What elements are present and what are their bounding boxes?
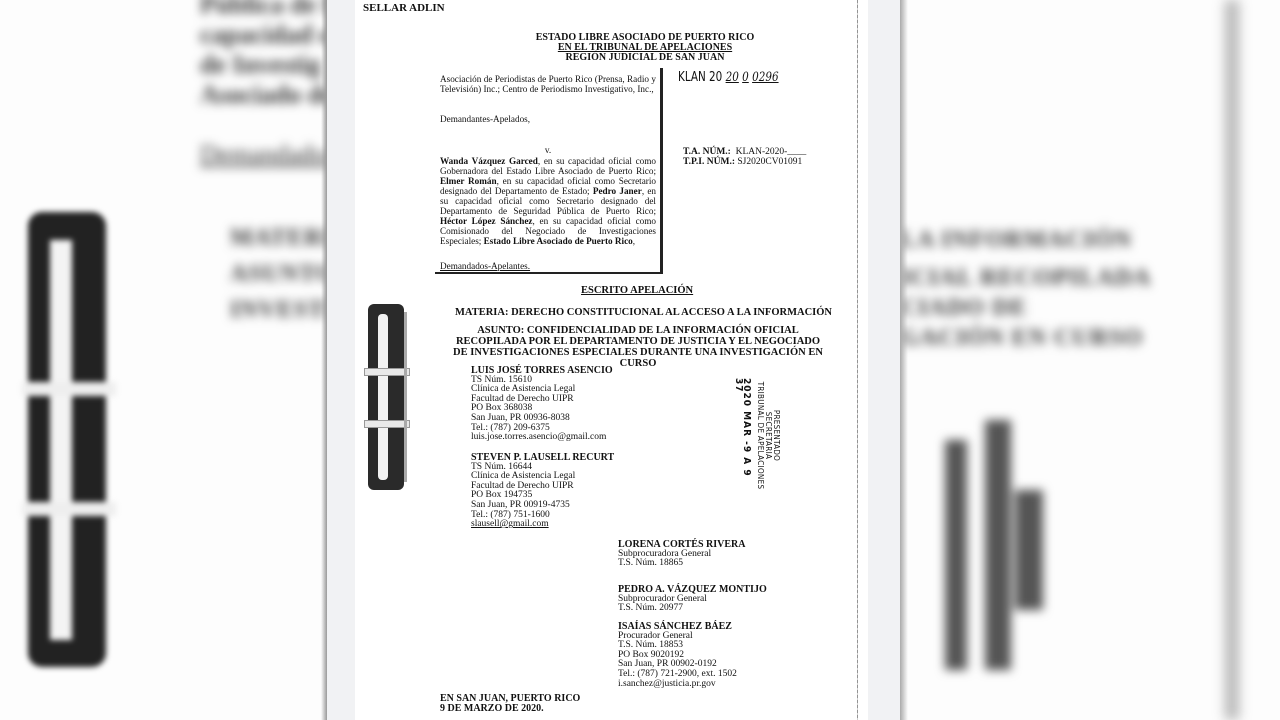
document-title: ESCRITO APELACIÓN xyxy=(581,285,693,296)
counsel-block: STEVEN P. LAUSELL RECURT TS Núm. 16644 C… xyxy=(471,453,614,530)
handwritten-part: 0296 xyxy=(752,70,778,85)
page-edge-line xyxy=(857,0,858,720)
handwritten-part: 20 xyxy=(726,70,739,85)
defendant-name: Pedro Janer xyxy=(593,186,642,196)
defendant-name: Estado Libre Asociado de Puerto Rico xyxy=(484,236,633,246)
filing-stamp: PRESENTADO SECRETARIA TRIBUNAL DE APELAC… xyxy=(735,378,780,493)
defendant-name: Elmer Román xyxy=(440,176,497,186)
background-text-left: Pública de P capacidad o de Investig Aso… xyxy=(200,0,339,170)
counsel-line: T.S. Núm. 18865 xyxy=(618,559,745,569)
case-caption: Asociación de Periodistas de Puerto Rico… xyxy=(435,68,663,274)
ta-label: T.A. NÚM.: xyxy=(683,147,731,157)
counsel-email[interactable]: slausell@gmail.com xyxy=(471,520,614,530)
asunto: ASUNTO: CONFIDENCIALIDAD DE LA INFORMACI… xyxy=(448,325,828,369)
stamp-line: SECRETARIA xyxy=(764,378,772,493)
left-gutter xyxy=(327,0,355,720)
counsel-block: LORENA CORTÉS RIVERA Subprocuradora Gene… xyxy=(618,540,745,569)
bg-line: de Investig xyxy=(200,50,339,80)
materia: MATERIA: DERECHO CONSTITUCIONAL AL ACCES… xyxy=(455,307,832,318)
stamp-line: PRESENTADO xyxy=(772,378,780,493)
background-page-edge xyxy=(1225,0,1239,720)
bg-line: Asociado de xyxy=(200,80,339,110)
counsel-email[interactable]: i.sanchez@justicia.pr.gov xyxy=(618,680,737,690)
closing-date: 9 DE MARZO DE 2020. xyxy=(440,704,580,714)
defendants-role: Demandados-Apelantes. xyxy=(440,261,656,271)
counsel-block: LUIS JOSÉ TORRES ASENCIO TS Núm. 15610 C… xyxy=(471,366,613,443)
versus: v. xyxy=(440,145,656,155)
bg-line: CIADO DE xyxy=(900,293,1151,323)
case-numbers: T.A. NÚM.: KLAN-2020-____ T.P.I. NÚM.: S… xyxy=(683,147,806,167)
printed-prefix: KLAN 20 xyxy=(678,70,722,85)
handwritten-part: 0 xyxy=(742,70,749,85)
bg-line: Demandados xyxy=(200,140,339,170)
background-stamp-blur xyxy=(930,400,1070,670)
counsel-line: T.S. Núm. 20977 xyxy=(618,604,767,614)
background-text-right-mid: LA INFORMACIÓN ICIAL RECOPILADA CIADO DE… xyxy=(900,225,1151,353)
plaintiffs: Asociación de Periodistas de Puerto Rico… xyxy=(440,74,656,94)
defendant-name: Wanda Vázquez Garced xyxy=(440,156,538,166)
closing: EN SAN JUAN, PUERTO RICO 9 DE MARZO DE 2… xyxy=(440,694,580,714)
bg-line: GACIÓN EN CURSO xyxy=(900,323,1151,353)
counsel-email[interactable]: luis.jose.torres.asencio@gmail.com xyxy=(471,433,613,443)
ta-number: T.A. NÚM.: KLAN-2020-____ xyxy=(683,147,806,157)
bg-line: ICIAL RECOPILADA xyxy=(900,263,1151,293)
bg-line: LA INFORMACIÓN xyxy=(900,225,1151,255)
counsel-block: PEDRO A. VÁZQUEZ MONTIJO Subprocurador G… xyxy=(618,585,767,614)
plaintiffs-role: Demandantes-Apelados, xyxy=(440,114,656,124)
binder-clip-icon xyxy=(368,304,404,490)
stamp-line: TRIBUNAL DE APELACIONES xyxy=(756,378,764,493)
tpi-value: SJ2020CV01091 xyxy=(737,157,802,167)
ta-value: KLAN-2020-____ xyxy=(736,147,807,157)
defendants: Wanda Vázquez Garced, en su capacidad of… xyxy=(440,156,656,246)
court-heading: ESTADO LIBRE ASOCIADO DE PUERTO RICO EN … xyxy=(480,33,810,63)
stamp-date: 2020 MAR -9 A 9 37 xyxy=(734,378,750,493)
court-line: REGIÓN JUDICIAL DE SAN JUAN xyxy=(480,53,810,63)
background-binder-clip xyxy=(28,212,106,667)
defendant-name: Héctor López Sánchez xyxy=(440,216,533,226)
defendant-desc: , xyxy=(633,236,635,246)
counsel-block: ISAÍAS SÁNCHEZ BÁEZ Procurador General T… xyxy=(618,622,737,689)
tpi-label: T.P.I. NÚM.: xyxy=(683,157,735,167)
header-label: SELLAR ADLIN xyxy=(363,2,445,14)
bg-line: capacidad o xyxy=(200,20,339,50)
bg-line: Pública de P xyxy=(200,0,339,20)
right-gutter xyxy=(868,0,900,720)
clip-side xyxy=(404,312,407,482)
document-page: SELLAR ADLIN ESTADO LIBRE ASOCIADO DE PU… xyxy=(355,0,868,720)
tpi-number: T.P.I. NÚM.: SJ2020CV01091 xyxy=(683,157,806,167)
handwritten-case-number: KLAN 20 20 0 0296 xyxy=(678,70,779,85)
